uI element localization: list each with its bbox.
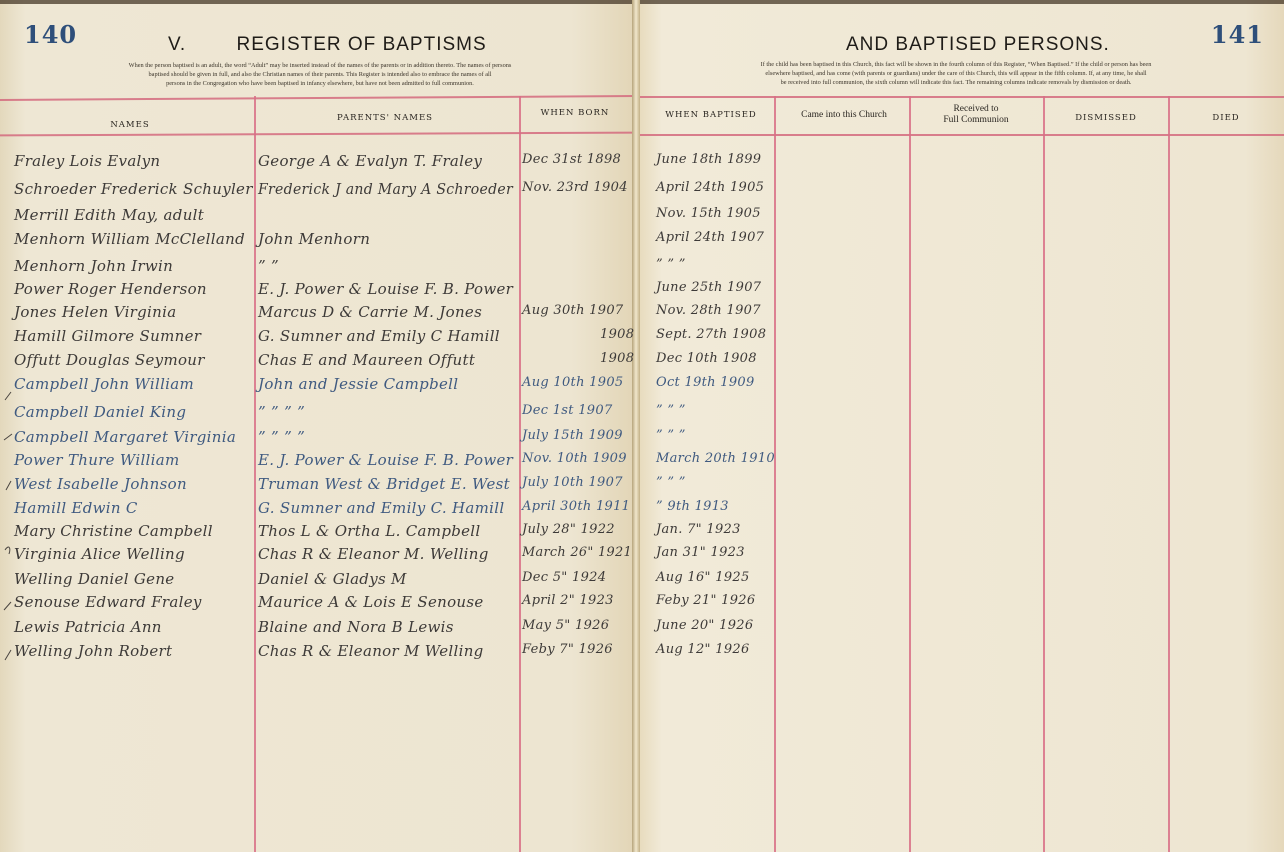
entry-when-baptised: April 24th 1905	[656, 180, 764, 195]
right-page-141: 141 AND BAPTISED PERSONS. If the child h…	[636, 0, 1284, 852]
entry-when-baptised: June 18th 1899	[656, 152, 761, 167]
entry-when-baptised: ” 9th 1913	[656, 499, 729, 514]
entry-when-born: Aug 10th 1905	[522, 375, 623, 390]
entry-parents: G. Sumner and Emily C. Hamill	[258, 499, 504, 517]
column-header-dismissed: DISMISSED	[1051, 113, 1161, 124]
note-line: persons in the Congregation who have bee…	[50, 79, 590, 88]
entry-when-baptised: April 24th 1907	[656, 230, 764, 245]
entry-name: Campbell Daniel King	[14, 403, 186, 421]
entry-when-born: July 15th 1909	[522, 428, 623, 443]
entry-name: Campbell Margaret Virginia	[14, 428, 236, 446]
page-number: 141	[1211, 20, 1264, 49]
entry-when-born: 1908	[600, 351, 634, 366]
entry-name: Merrill Edith May, adult	[14, 206, 204, 224]
entry-when-baptised: ” ” ”	[656, 428, 686, 443]
entry-name: Senouse Edward Fraley	[14, 593, 202, 611]
book-edge-shadow	[636, 0, 1284, 4]
entry-when-baptised: ” ” ”	[656, 475, 686, 490]
entry-when-baptised: Nov. 28th 1907	[656, 303, 761, 318]
register-title: V. REGISTER OF BAPTISMS	[168, 34, 487, 56]
entry-name: Menhorn John Irwin	[14, 257, 173, 275]
entry-parents: ” ” ” ”	[258, 428, 305, 446]
book-edge-shadow	[0, 0, 635, 4]
entry-when-baptised: June 20" 1926	[656, 618, 753, 633]
left-page-140: 140 V. REGISTER OF BAPTISMS When the per…	[0, 0, 636, 852]
column-header-when-baptised: WHEN BAPTISED	[656, 110, 766, 121]
column-divider	[519, 96, 521, 852]
entry-parents: Frederick J and Mary A Schroeder	[258, 180, 513, 198]
entry-when-baptised: Dec 10th 1908	[656, 351, 757, 366]
entry-when-born: Dec 31st 1898	[522, 152, 621, 167]
section-roman-numeral: V.	[168, 34, 186, 55]
entry-name: Schroeder Frederick Schuyler	[14, 180, 253, 198]
entry-when-baptised: Jan. 7" 1923	[656, 522, 741, 537]
entry-parents: ” ” ” ”	[258, 403, 305, 421]
entry-parents: Daniel & Gladys M	[258, 570, 407, 588]
entry-when-born: May 5" 1926	[522, 618, 609, 633]
column-divider	[1043, 96, 1045, 852]
entry-when-baptised: Feby 21" 1926	[656, 593, 755, 608]
entry-name: Hamill Gilmore Sumner	[14, 327, 201, 345]
entry-when-baptised: Nov. 15th 1905	[656, 206, 761, 221]
entry-when-born: July 10th 1907	[522, 475, 623, 490]
header-top-rule	[0, 95, 636, 101]
book-binding-gutter	[632, 0, 640, 852]
entry-parents: Blaine and Nora B Lewis	[258, 618, 454, 636]
entry-parents: Marcus D & Carrie M. Jones	[258, 303, 482, 321]
register-title-continued: AND BAPTISED PERSONS.	[846, 34, 1110, 56]
entry-parents: Chas R & Eleanor M. Welling	[258, 545, 489, 563]
entry-parents: George A & Evalyn T. Fraley	[258, 152, 482, 170]
header-bottom-rule	[0, 132, 636, 137]
entry-when-baptised: ” ” ”	[656, 403, 686, 418]
entry-when-baptised: Oct 19th 1909	[656, 375, 755, 390]
entry-parents: Truman West & Bridget E. West	[258, 475, 510, 493]
entry-when-born: Feby 7" 1926	[522, 642, 613, 657]
entry-name: Menhorn William McClelland	[14, 230, 245, 248]
entry-name: Virginia Alice Welling	[14, 545, 185, 563]
column-header-names: NAMES	[60, 120, 200, 131]
entry-when-baptised: June 25th 1907	[656, 280, 761, 295]
entry-name: West Isabelle Johnson	[14, 475, 187, 493]
note-line: If the child has been baptised in this C…	[676, 60, 1236, 69]
column-header-received-full-communion: Received to Full Communion	[916, 104, 1036, 126]
instructions-note: If the child has been baptised in this C…	[676, 60, 1236, 87]
entry-when-born: Aug 30th 1907	[522, 303, 623, 318]
page-number: 140	[24, 20, 77, 49]
entry-when-born: 1908	[600, 327, 634, 342]
header-bottom-rule	[636, 134, 1284, 136]
entry-parents: John Menhorn	[258, 230, 370, 248]
entry-parents: Chas E and Maureen Offutt	[258, 351, 475, 369]
column-header-when-born: WHEN BORN	[525, 108, 625, 119]
entry-name: Welling John Robert	[14, 642, 172, 660]
column-divider	[909, 96, 911, 852]
header-line: Full Communion	[916, 115, 1036, 126]
entry-when-baptised: ” ” ”	[656, 257, 686, 272]
header-top-rule	[636, 96, 1284, 98]
entry-when-baptised: Aug 16" 1925	[656, 570, 750, 585]
entry-when-born: April 2" 1923	[522, 593, 614, 608]
entry-when-born: Dec 1st 1907	[522, 403, 613, 418]
entry-name: Campbell John William	[14, 375, 194, 393]
entry-name: Offutt Douglas Seymour	[14, 351, 205, 369]
note-line: When the person baptised is an adult, th…	[50, 61, 590, 70]
column-divider	[774, 96, 776, 852]
entry-name: Power Roger Henderson	[14, 280, 207, 298]
entry-when-born: Nov. 23rd 1904	[522, 180, 628, 195]
column-header-died: DIED	[1176, 113, 1276, 124]
entry-parents: Chas R & Eleanor M Welling	[258, 642, 484, 660]
entry-when-born: April 30th 1911	[522, 499, 630, 514]
column-divider	[1168, 96, 1170, 852]
entry-when-baptised: Aug 12" 1926	[656, 642, 750, 657]
instructions-note: When the person baptised is an adult, th…	[50, 61, 590, 88]
entry-when-born: Dec 5" 1924	[522, 570, 606, 585]
entry-parents: John and Jessie Campbell	[258, 375, 458, 393]
entry-name: Lewis Patricia Ann	[14, 618, 162, 636]
entry-parents: G. Sumner and Emily C Hamill	[258, 327, 500, 345]
entry-parents: Thos L & Ortha L. Campbell	[258, 522, 481, 540]
title-text: REGISTER OF BAPTISMS	[237, 34, 487, 55]
entry-when-baptised: Jan 31" 1923	[656, 545, 745, 560]
entry-name: Jones Helen Virginia	[14, 303, 176, 321]
entry-parents: ” ”	[258, 257, 279, 275]
entry-name: Fraley Lois Evalyn	[14, 152, 160, 170]
note-line: baptised should be given in full, and al…	[50, 70, 590, 79]
note-line: elsewhere baptised, and has come (with p…	[676, 69, 1236, 78]
entry-parents: E. J. Power & Louise F. B. Power	[258, 451, 513, 469]
column-header-came-into-church: Came into this Church	[784, 110, 904, 121]
note-line: be received into full communion, the six…	[676, 78, 1236, 87]
entry-parents: E. J. Power & Louise F. B. Power	[258, 280, 513, 298]
entry-when-baptised: Sept. 27th 1908	[656, 327, 766, 342]
entry-name: Mary Christine Campbell	[14, 522, 213, 540]
entry-name: Hamill Edwin C	[14, 499, 138, 517]
column-header-parents-names: PARENTS' NAMES	[300, 113, 470, 124]
entry-when-baptised: March 20th 1910	[656, 451, 775, 466]
entry-parents: Maurice A & Lois E Senouse	[258, 593, 484, 611]
entry-name: Welling Daniel Gene	[14, 570, 174, 588]
entry-when-born: March 26" 1921	[522, 545, 632, 560]
entry-when-born: Nov. 10th 1909	[522, 451, 627, 466]
header-line: Received to	[916, 104, 1036, 115]
column-divider	[254, 96, 256, 852]
entry-when-born: July 28" 1922	[522, 522, 615, 537]
entry-name: Power Thure William	[14, 451, 180, 469]
